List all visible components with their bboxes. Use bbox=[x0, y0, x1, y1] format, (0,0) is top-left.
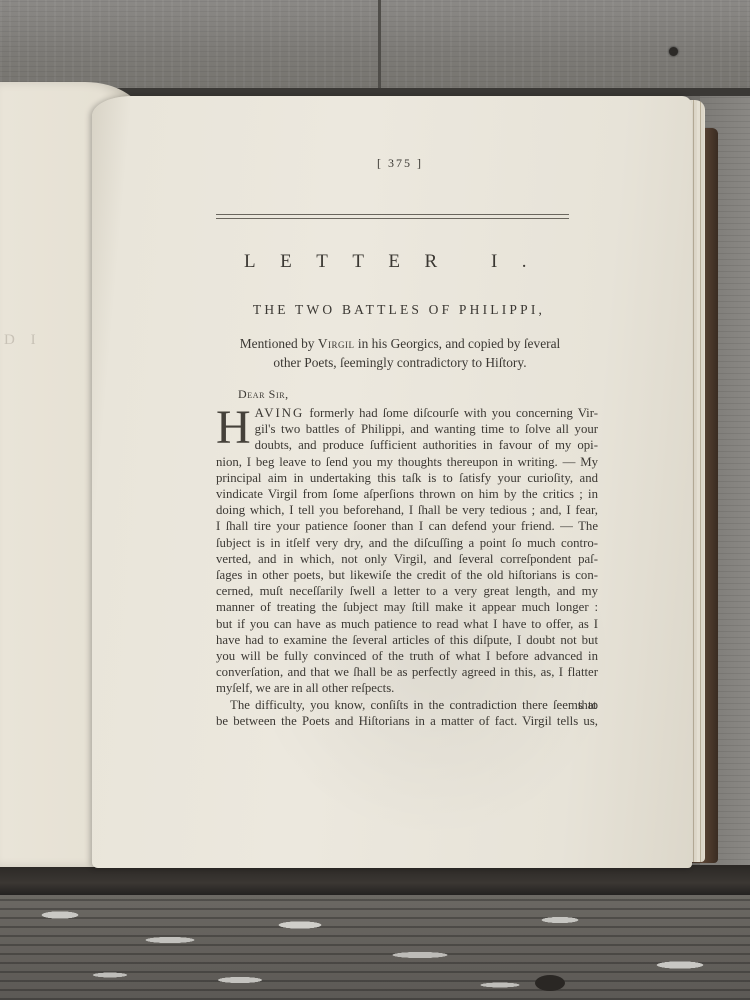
salutation: Dear Sir, bbox=[238, 387, 289, 402]
body-line: AVING formerly had ſome diſcourſe with y… bbox=[216, 405, 598, 421]
subtitle-prefix: Mentioned by bbox=[240, 336, 318, 351]
wood-seam bbox=[378, 0, 381, 92]
body-line: cerned, muſt neceſſarily ſwell a letter … bbox=[216, 583, 598, 599]
nail-hole bbox=[669, 47, 678, 56]
subtitle-line-2: other Poets, ſeemingly contradictory to … bbox=[273, 355, 526, 370]
book-shadow bbox=[0, 865, 750, 895]
section-title: THE TWO BATTLES OF PHILIPPI, bbox=[214, 302, 584, 318]
body-line: doubts, and produce ſufficient authoriti… bbox=[216, 437, 598, 453]
body-line: I ſhall tire your patience ſooner than I… bbox=[216, 518, 598, 534]
body-line: verted, and in which, not only Virgil, a… bbox=[216, 551, 598, 567]
body-line: The difficulty, you know, conſiſts in th… bbox=[216, 697, 598, 713]
subtitle-suffix: in his Georgics, and copied by ſeveral bbox=[355, 336, 561, 351]
subtitle-name-virgil: Virgil bbox=[318, 336, 355, 351]
page-number: [ 375 ] bbox=[360, 156, 440, 171]
body-line: converſation, and that we ſhall be as pe… bbox=[216, 664, 598, 680]
first-word-caps: AVING bbox=[255, 406, 305, 420]
body-line: ſages in other poets, but likewiſe the c… bbox=[216, 567, 598, 583]
letter-body: H AVING formerly had ſome diſcourſe with… bbox=[216, 405, 598, 729]
body-line: ſubject is in itſelf very dry, and the d… bbox=[216, 535, 598, 551]
wood-board-top bbox=[0, 0, 750, 92]
subtitle: Mentioned by Virgil in his Georgics, and… bbox=[214, 334, 586, 372]
wood-knot bbox=[535, 975, 565, 991]
drop-cap: H bbox=[216, 408, 251, 452]
body-line: be between the Poets and Hiſtorians in a… bbox=[216, 713, 598, 729]
body-line: doing which, I tell you beforehand, I ſh… bbox=[216, 502, 598, 518]
body-line: have had to examine the ſeveral articles… bbox=[216, 632, 598, 648]
body-line: you will be fully convinced of the truth… bbox=[216, 648, 598, 664]
body-line: principal aim in undertaking this taſk i… bbox=[216, 470, 598, 486]
body-line: myſelf, we are in all other reſpects. bbox=[216, 680, 598, 696]
double-rule-divider bbox=[216, 214, 569, 219]
wood-board-bottom bbox=[0, 895, 750, 1000]
body-line: vindicate Virgil from ſome aſperſions th… bbox=[216, 486, 598, 502]
body-line: gil's two battles of Philippi, and wanti… bbox=[216, 421, 598, 437]
body-line: but if you can have as much patience to … bbox=[216, 616, 598, 632]
left-page-show-through-text: D I bbox=[4, 332, 42, 349]
body-line: nion, I beg leave to ſend you my thought… bbox=[216, 454, 598, 470]
catchword: that bbox=[578, 698, 597, 713]
body-line: manner of treating the ſubject may ſtill… bbox=[216, 599, 598, 615]
letter-heading: LETTER I. bbox=[244, 251, 484, 273]
